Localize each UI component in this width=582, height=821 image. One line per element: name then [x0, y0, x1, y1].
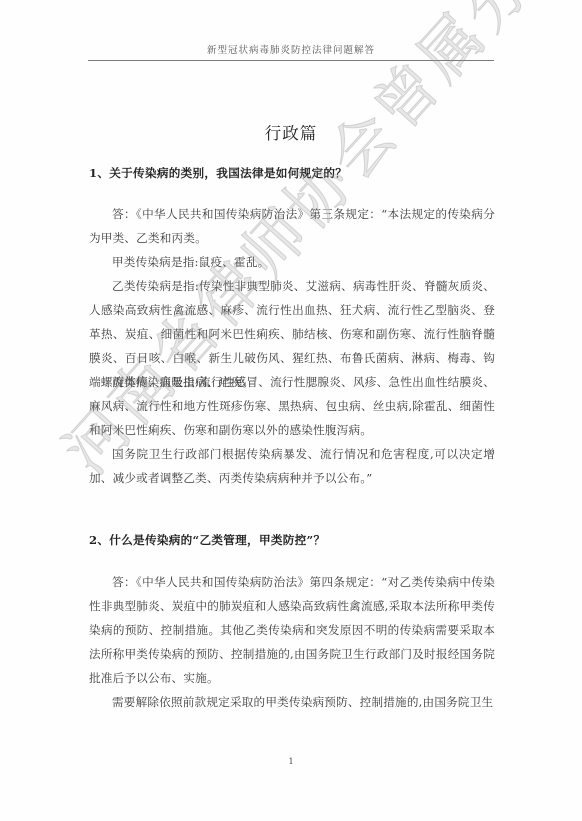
running-header: 新型冠状病毒肺炎防控法律问题解答 — [0, 42, 582, 56]
answer-paragraph: 答：《中华人民共和国传染病防治法》第四条规定：“对乙类传染病中传染性非典型肺炎、… — [89, 570, 495, 690]
section-title: 行政篇 — [0, 120, 582, 144]
answer-paragraph: 甲类传染病是指:鼠疫、霍乱。 — [89, 250, 495, 274]
header-divider — [88, 60, 494, 61]
answer-paragraph: 国务院卫生行政部门根据传染病暴发、流行情况和危害程度,可以决定增加、减少或者调整… — [89, 442, 495, 490]
answer-paragraph: 丙类传染病是指:流行性感冒、流行性腮腺炎、风疹、急性出血性结膜炎、麻风病、流行性… — [89, 370, 495, 442]
question-heading: 2、什么是传染病的“乙类管理，甲类防控”？ — [89, 532, 325, 548]
answer-paragraph: 答：《中华人民共和国传染病防治法》第三条规定：“本法规定的传染病分为甲类、乙类和… — [89, 202, 495, 250]
answer-paragraph: 需要解除依照前款规定采取的甲类传染病预防、控制措施的,由国务院卫生 — [89, 690, 495, 714]
page-number: 1 — [0, 757, 582, 766]
question-heading: 1、关于传染病的类别，我国法律是如何规定的？ — [89, 165, 347, 181]
document-page: 新型冠状病毒肺炎防控法律问题解答 行政篇 1、关于传染病的类别，我国法律是如何规… — [0, 0, 582, 821]
